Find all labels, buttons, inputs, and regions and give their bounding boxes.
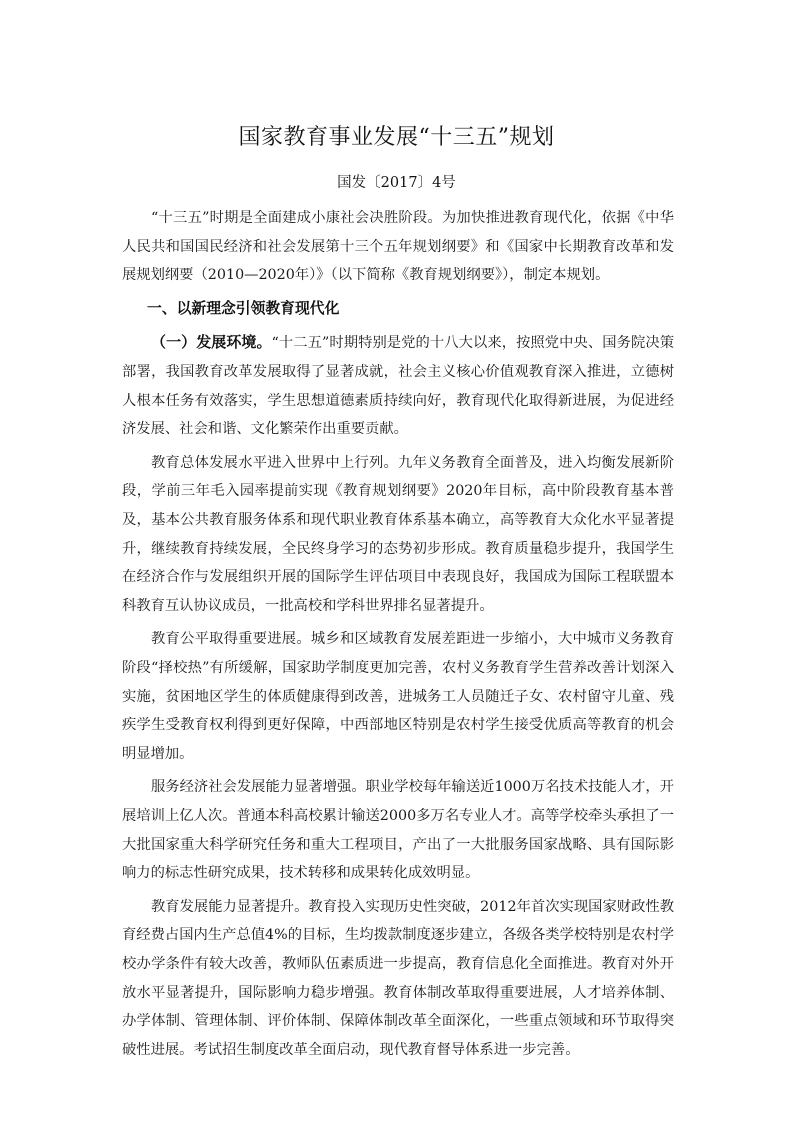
body-paragraph: 教育总体发展水平进入世界中上行列。九年义务教育全面普及，进入均衡发展新阶段，学前… [122, 449, 674, 621]
document-title: 国家教育事业发展“十三五”规划 [0, 121, 793, 155]
section-heading: 一、以新理念引领教育现代化 [122, 295, 674, 324]
intro-paragraph: “十三五”时期是全面建成小康社会决胜阶段。为加快推进教育现代化，依据《中华人民共… [122, 204, 674, 290]
body-paragraph: 服务经济社会发展能力显著增强。职业学校每年输送近1000万名技术技能人才，开展培… [122, 773, 674, 888]
subsection-paragraph: （一）发展环境。“十二五”时期特别是党的十八大以来，按照党中央、国务院决策部署，… [122, 328, 674, 444]
document-page: 国家教育事业发展“十三五”规划 国发〔2017〕4号 “十三五”时期是全面建成小… [0, 0, 793, 1122]
body-paragraph: 教育发展能力显著提升。教育投入实现历史性突破，2012年首次实现国家财政性教育经… [122, 893, 674, 1065]
document-number: 国发〔2017〕4号 [0, 172, 793, 194]
document-body: “十三五”时期是全面建成小康社会决胜阶段。为加快推进教育现代化，依据《中华人民共… [122, 204, 674, 1069]
body-paragraph: 教育公平取得重要进展。城乡和区域教育发展差距进一步缩小，大中城市义务教育阶段“择… [122, 625, 674, 769]
subsection-lead: （一）发展环境。 [151, 333, 272, 351]
